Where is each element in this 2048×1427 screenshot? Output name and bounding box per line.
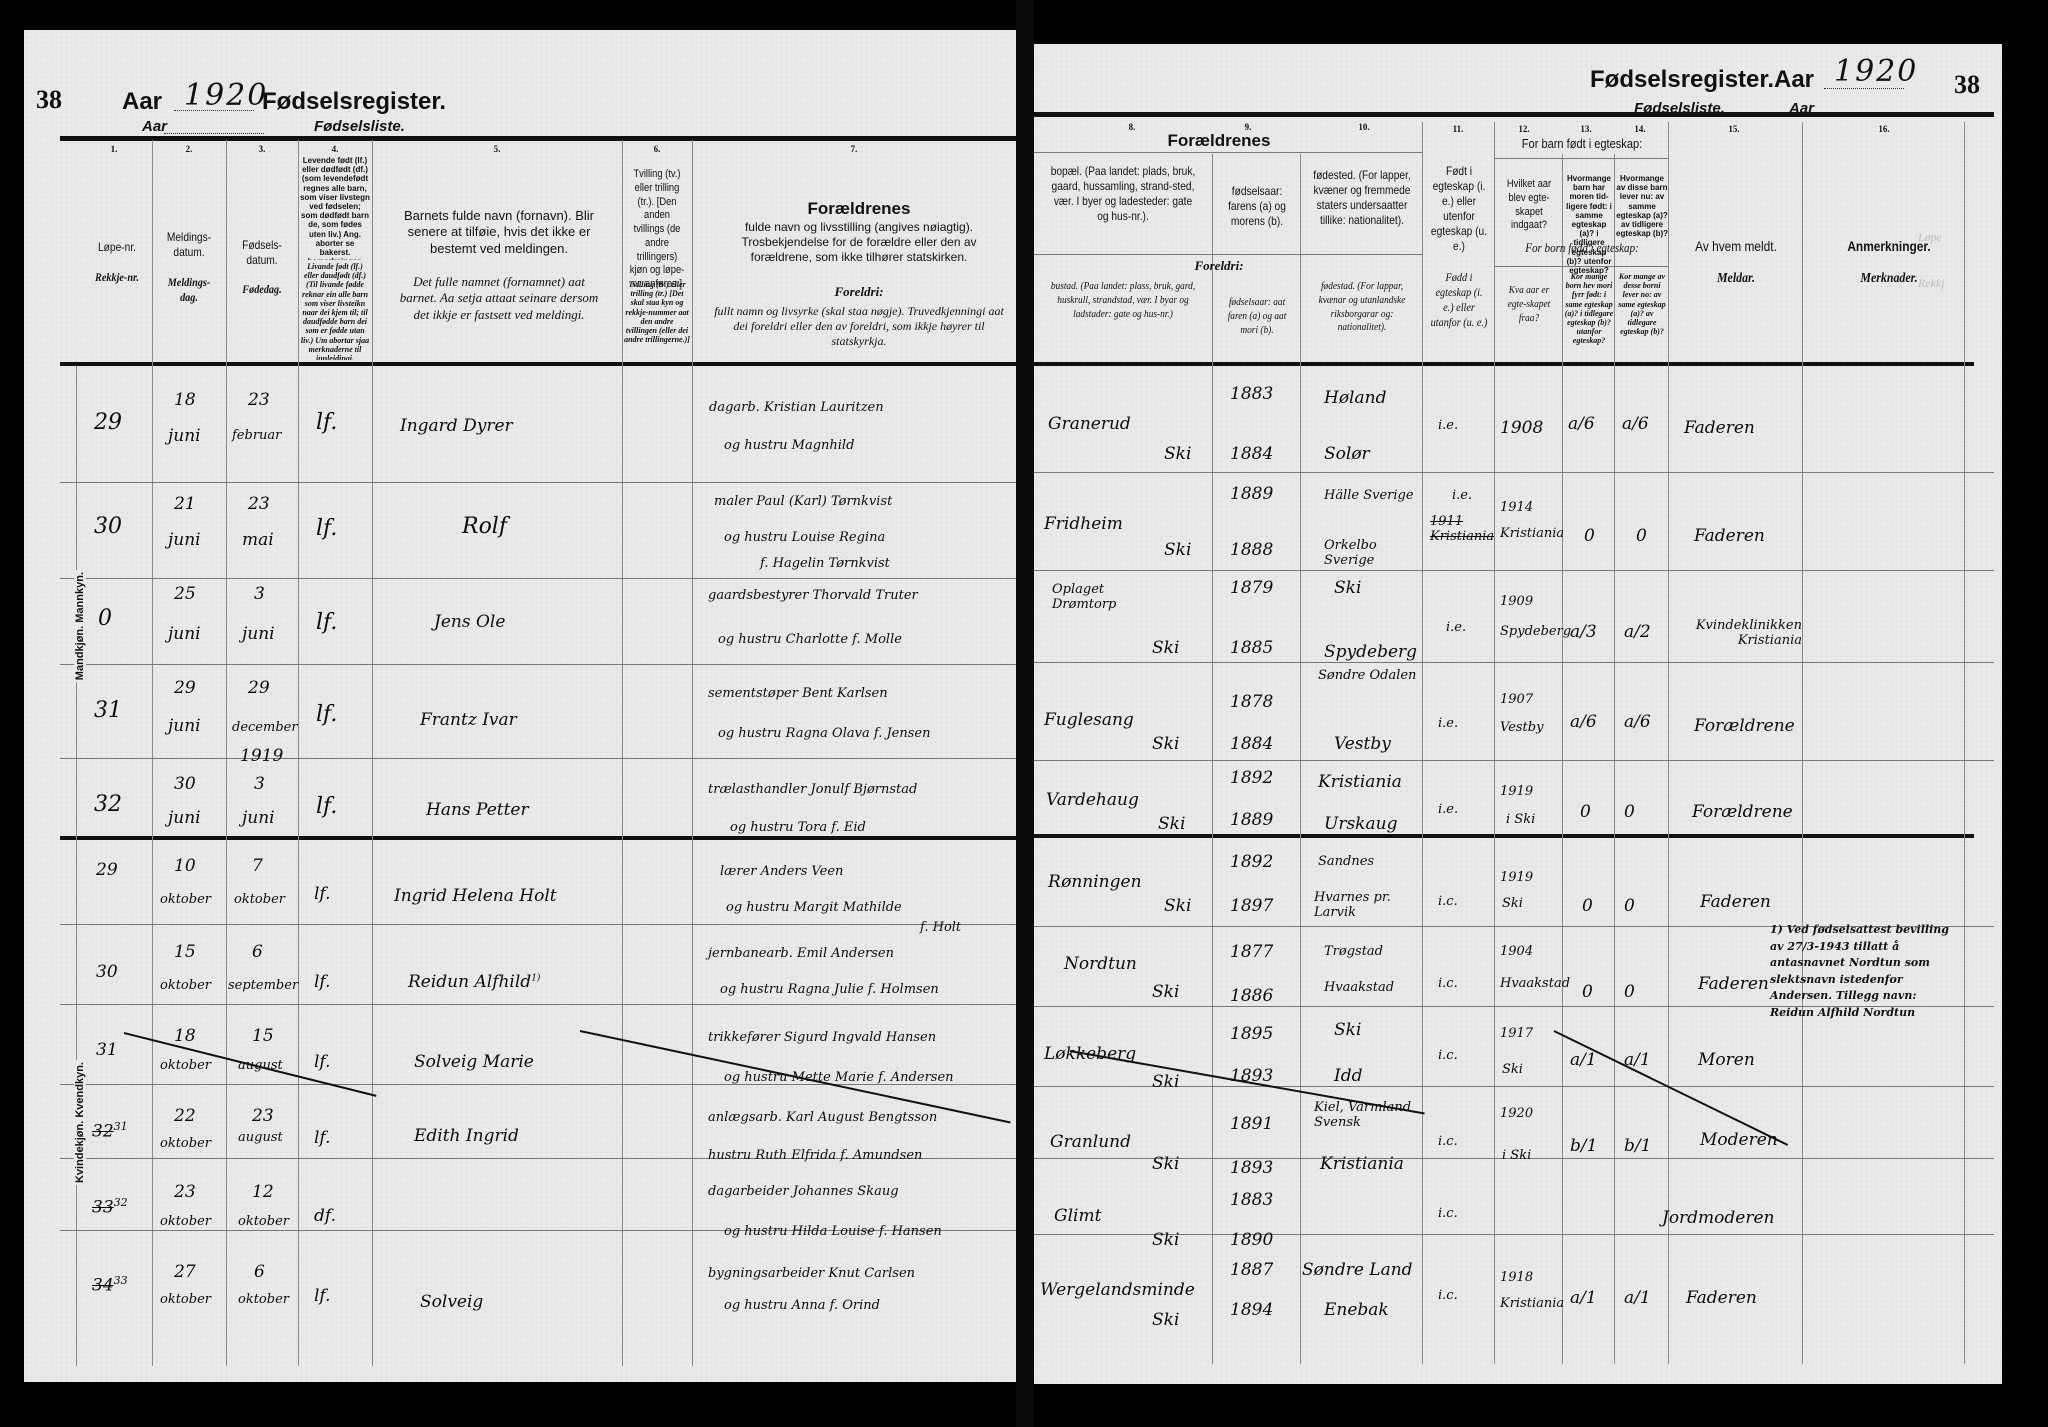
residence: Fuglesang [1044, 710, 1134, 730]
mother-birth-year: 1885 [1230, 638, 1273, 658]
previous-births: 0 [1582, 896, 1593, 916]
marriage-status: i.c. [1438, 1288, 1458, 1303]
reported-by: Jordmoderen [1662, 1208, 1775, 1228]
previous-births: 0 [1582, 982, 1593, 1002]
father-birth-year: 1878 [1230, 692, 1273, 712]
residence-place: Ski [1164, 896, 1191, 916]
marriage-year: 1904 [1500, 944, 1533, 959]
lf-df: lf. [314, 1286, 331, 1306]
col-number-12: 12. [1504, 124, 1544, 134]
child-name: Rolf [462, 514, 507, 539]
col-header-levende-fodt: Levende født (lf.) eller dødfødt (df.) (… [300, 156, 370, 260]
fodt-dag: 6 [254, 1262, 265, 1282]
lf-df: lf. [314, 884, 331, 904]
parents-line1: jernbanearb. Emil Andersen [708, 946, 894, 961]
marriage-year: 1920 [1500, 1106, 1533, 1121]
marriage-place: Hvaakstad [1500, 976, 1560, 991]
mother-birthplace: Solør [1324, 444, 1370, 464]
col-header-kor-mange-lever: Kor mange av desse borni lever no: av sa… [1616, 272, 1668, 336]
meldt-mnd: oktober [160, 1058, 211, 1073]
fodt-dag: 7 [252, 856, 263, 876]
parents-line1: anlægsarb. Karl August Bengtsson [708, 1110, 937, 1125]
parents-line2: og hustru Ragna Julie f. Holmsen [720, 982, 939, 997]
fodt-dag: 3 [254, 774, 265, 794]
fodt-mnd: december [232, 720, 298, 735]
meldt-dag: 29 [174, 678, 196, 698]
residence-place: Ski [1152, 1310, 1179, 1330]
marriage-status: i.e. [1438, 418, 1458, 433]
marriage-year: 1919 [1500, 870, 1533, 885]
marriage-place: Spydeberg [1500, 624, 1560, 639]
col-header-rekkjenr: Rekkje-nr. [86, 270, 149, 285]
reported-by: Forældrene [1694, 716, 1795, 736]
father-birthplace: Hälle Sverige [1324, 488, 1414, 503]
meldt-mnd: oktober [160, 1214, 211, 1229]
meldt-dag: 25 [174, 584, 196, 604]
col-header-foreldrenes-right: Forældrenes [1094, 130, 1344, 151]
col-header-fodselsaar-nynorsk: fødselsaar: aat faren (a) og aat mori (b… [1220, 296, 1293, 337]
father-birth-year: 1892 [1230, 852, 1273, 872]
meldt-mnd: juni [168, 530, 201, 550]
mother-birthplace: Idd [1334, 1066, 1362, 1086]
col-header-foreldri-text: fullt namn og livsyrke (skal staa nøgje)… [714, 304, 1004, 349]
previous-births: a/1 [1570, 1050, 1597, 1070]
col-header-foreldrenes-text: fulde navn og livsstilling (angives nøia… [714, 220, 1004, 265]
section-divider-rule-right [1034, 834, 1974, 838]
living-children: 0 [1624, 896, 1635, 916]
father-birth-year: 1892 [1230, 768, 1273, 788]
left-page: 38 Aar 1920 Fødselsregister. Aar Fødsels… [24, 30, 1016, 1382]
residence: Granlund [1050, 1132, 1131, 1152]
parents-line1: trikkefører Sigurd Ingvald Hansen [708, 1030, 936, 1045]
col-header-bustad: bustad. (Paa landet: plass, bruk, gard, … [1047, 280, 1198, 321]
page-number-left: 38 [36, 85, 62, 115]
marriage-struck-text: 1911 Kristiania [1430, 514, 1492, 544]
year-handwritten-left: 1920 [184, 78, 268, 113]
father-birthplace: Ski [1334, 1020, 1361, 1040]
marriage-status: i.e. [1452, 488, 1472, 503]
col-header-livande-fodt: Livande født (lf.) eller daudfødt (df.) … [300, 262, 370, 360]
reported-by: Faderen [1686, 1288, 1757, 1308]
parents-line1: trælasthandler Jonulf Bjørnstad [708, 782, 917, 797]
previous-births: a/6 [1570, 712, 1597, 732]
meldt-dag: 27 [174, 1262, 196, 1282]
residence-place: Ski [1152, 982, 1179, 1002]
col-header-tvilling: Tvilling (tv.) eller trilling (tr.). [De… [629, 168, 685, 292]
col-header-foreldrenes: Forældrenes [714, 198, 1004, 219]
parents-line2: og hustru Hilda Louise f. Hansen [724, 1224, 942, 1239]
living-children: a/6 [1624, 712, 1651, 732]
father-birth-year: 1889 [1230, 484, 1273, 504]
meldt-mnd: oktober [160, 892, 211, 907]
fodt-mnd: juni [242, 808, 275, 828]
mother-birth-year: 1884 [1230, 444, 1273, 464]
marriage-status: i.c. [1438, 894, 1458, 909]
fodt-mnd: august [238, 1130, 283, 1145]
year-line-nynorsk-left [164, 133, 264, 134]
lopenr: 32 [94, 792, 122, 817]
marriage-place: i Ski [1506, 812, 1535, 827]
fodt-dag: 29 [248, 678, 270, 698]
register-title-right: Fødselsregister. [1590, 66, 1774, 94]
marriage-status: i.c. [1438, 1206, 1458, 1221]
parents-line2: og hustru Margit Mathilde [726, 900, 902, 915]
mother-birthplace: Enebak [1324, 1300, 1389, 1320]
lopenr: 3433 [92, 1274, 128, 1296]
marriage-status: i.e. [1438, 716, 1458, 731]
annotation-note: 1) Ved fødselsattest bevilling av 27/3-1… [1770, 922, 1964, 1021]
col-number-10: 10. [1344, 122, 1384, 132]
residence: Vardehaug [1046, 790, 1139, 810]
father-birth-year: 1883 [1230, 384, 1273, 404]
col-header-meldingsdag: Meldings-dag. [159, 275, 219, 305]
father-birth-year: 1891 [1230, 1114, 1273, 1134]
marriage-status: i.e. [1446, 620, 1466, 635]
parents-line1: maler Paul (Karl) Tørnkvist [714, 494, 892, 509]
lopenr: 29 [94, 410, 122, 435]
meldt-mnd: juni [168, 808, 201, 828]
col-header-foreldri: Foreldri: [714, 284, 1004, 300]
fodt-aar: 1919 [240, 746, 283, 766]
col-header-for-barn-fodt: For barn født i egteskap: [1509, 136, 1655, 152]
lopenr: 3231 [92, 1120, 128, 1142]
reported-by: Moderen [1700, 1130, 1778, 1150]
marriage-place: Ski [1502, 896, 1523, 911]
lf-df: lf. [316, 410, 337, 435]
father-birth-year: 1877 [1230, 942, 1273, 962]
year-label-right: Aar [1774, 66, 1814, 94]
father-birthplace: Trøgstad [1324, 944, 1383, 959]
reported-by: Faderen [1694, 526, 1765, 546]
parents-line1: dagarbeider Johannes Skaug [708, 1184, 899, 1199]
child-name: Hans Petter [426, 800, 529, 820]
parents-line1: dagarb. Kristian Lauritzen [709, 400, 884, 415]
col-number-11: 11. [1438, 124, 1478, 134]
fodt-mnd: februar [232, 428, 281, 443]
living-children: b/1 [1624, 1136, 1651, 1156]
residence-place: Ski [1164, 540, 1191, 560]
fodt-mnd: oktober [238, 1214, 289, 1229]
col-header-meldingsdatum: Meldings-datum. [159, 230, 219, 260]
col-header-tvilling-nynorsk: Tvilling (tv.) eller trilling (tr.) [Det… [624, 280, 690, 344]
parents-line2: og hustru Magnhild [724, 438, 854, 453]
child-name: Jens Ole [434, 612, 505, 632]
col-header-kor-mange-born: Kor mange born hev mori fyrr født: i sam… [1564, 272, 1614, 346]
right-page: Fødselsregister. Aar 1920 38 Fødselslist… [1034, 44, 2002, 1384]
lf-df: lf. [316, 794, 337, 819]
reported-by: Forældrene [1692, 802, 1793, 822]
residence: Granerud [1048, 414, 1131, 434]
child-name: Frantz Ivar [420, 710, 517, 730]
parents-line3: f. Hagelin Tørnkvist [760, 556, 890, 571]
previous-births: a/6 [1568, 414, 1595, 434]
col-header-foreldri-right: Foreldri: [1094, 258, 1344, 274]
residence: Rønningen [1048, 872, 1142, 892]
meldt-mnd: oktober [160, 1136, 211, 1151]
marriage-status: i.c. [1438, 976, 1458, 991]
lopenr: 30 [96, 962, 118, 982]
residence-place: Ski [1152, 1072, 1179, 1092]
lf-df: df. [314, 1206, 336, 1226]
marriage-status: i.c. [1438, 1134, 1458, 1149]
col-header-kva-aar: Kva aar er egte-skapet fraa? [1501, 284, 1557, 325]
section-label-male: Mandkjøn. Mannkyn. [74, 570, 86, 682]
col-number-2: 2. [169, 144, 209, 154]
col-header-fodselsaar: fødselsaar: farens (a) og morens (b). [1220, 184, 1293, 229]
father-birthplace: Søndre Odalen [1318, 668, 1416, 683]
year-handwritten-right: 1920 [1834, 54, 1918, 89]
child-name: Edith Ingrid [414, 1126, 519, 1146]
fodt-mnd: oktober [238, 1292, 289, 1307]
col-header-hvilket-aar: Hvilket aar blev egte-skapet indgaat? [1501, 178, 1557, 233]
mother-birth-year: 1888 [1230, 540, 1273, 560]
child-name: Ingard Dyrer [400, 416, 513, 436]
col-header-barnets-navn: Barnets fulde navn (fornavn). Blir sener… [394, 208, 604, 257]
mother-birth-year: 1884 [1230, 734, 1273, 754]
mother-birthplace: Hvarnes pr. Larvik [1314, 890, 1414, 920]
lopenr: 31 [96, 1040, 118, 1060]
parents-line1: gaardsbestyrer Thorvald Truter [708, 588, 918, 603]
mother-birthplace: Orkelbo Sverige [1324, 538, 1418, 568]
meldt-dag: 23 [174, 1182, 196, 1202]
meldt-dag: 21 [174, 494, 196, 514]
fodt-dag: 12 [252, 1182, 274, 1202]
col-number-7: 7. [834, 144, 874, 154]
lopenr: 0 [98, 606, 112, 631]
col-header-fodd-i-egteskap: Fødd i egteskap (i. e.) eller utanfor (u… [1429, 270, 1489, 330]
col-number-1: 1. [94, 144, 134, 154]
section-divider-rule [60, 836, 1016, 840]
col-header-fodested: fødested. (For lapper, kvæner og fremmed… [1311, 168, 1413, 228]
previous-births: a/3 [1570, 622, 1597, 642]
mother-birthplace: Spydeberg [1324, 642, 1417, 662]
lopenr: 31 [94, 698, 122, 723]
parents-line1: bygningsarbeider Knut Carlsen [708, 1266, 915, 1281]
child-name: Solveig [420, 1292, 483, 1312]
previous-births: 0 [1580, 802, 1591, 822]
col-number-14: 14. [1620, 124, 1660, 134]
lf-df: lf. [314, 972, 331, 992]
living-children: 0 [1624, 802, 1635, 822]
parents-line2: og hustru Tora f. Eid [730, 820, 866, 835]
meldt-dag: 10 [174, 856, 196, 876]
living-children: a/1 [1624, 1288, 1651, 1308]
col-divider [152, 140, 153, 1366]
register-title-left: Fødselsregister. [262, 88, 446, 116]
living-children: 0 [1636, 526, 1647, 546]
marriage-place: i Ski [1502, 1148, 1531, 1163]
col-number-5: 5. [477, 144, 517, 154]
residence: Fridheim [1044, 514, 1123, 534]
marriage-status: i.e. [1438, 802, 1458, 817]
lopenr: 30 [94, 514, 122, 539]
residence-place: Ski [1164, 444, 1191, 464]
header-bottom-rule-right [1034, 362, 1974, 366]
fodt-dag: 6 [252, 942, 263, 962]
parents-line2: og hustru Mette Marie f. Andersen [724, 1070, 954, 1085]
mother-birth-year: 1886 [1230, 986, 1273, 1006]
col-number-6: 6. [637, 144, 677, 154]
fodt-mnd: oktober [234, 892, 285, 907]
col-header-meldar: Meldar. [1680, 270, 1792, 288]
marriage-place: Kristiania [1500, 1296, 1560, 1311]
child-name: Reidun Alfhild1) [408, 972, 540, 992]
parents-line2: og hustru Louise Regina [724, 530, 885, 545]
header-top-rule-right [1034, 112, 1994, 117]
col-header-fodedag: Fødedag. [233, 282, 291, 297]
marriage-year: 1907 [1500, 692, 1533, 707]
book-gutter [1016, 0, 1034, 1427]
col-number-4: 4. [315, 144, 355, 154]
fodt-mnd: juni [242, 624, 275, 644]
mother-birth-year: 1894 [1230, 1300, 1273, 1320]
marriage-year: 1908 [1500, 418, 1543, 438]
col-header-lopenr: Løpe-nr. [89, 240, 145, 255]
col-header-for-born-fodd: For born fødd i egteskap: [1509, 240, 1655, 256]
residence: Oplaget Drømtorp [1052, 582, 1142, 612]
col-header-fodselsdatum: Fødsels-datum. [233, 238, 291, 268]
residence: Nordtun [1064, 954, 1137, 974]
reported-by: Moren [1698, 1050, 1755, 1070]
father-birthplace: Søndre Land [1302, 1260, 1413, 1280]
residence-place: Ski [1152, 1230, 1179, 1250]
lf-df: lf. [316, 610, 337, 635]
lopenr: 29 [96, 860, 118, 880]
col-header-av-hvem-meldt: Av hvem meldt. [1680, 238, 1792, 256]
marriage-year: 1918 [1500, 1270, 1533, 1285]
meldt-dag: 18 [174, 390, 196, 410]
residence: Wergelandsminde [1040, 1280, 1195, 1300]
marriage-year: 1909 [1500, 594, 1533, 609]
reported-by: Faderen [1684, 418, 1755, 438]
parents-line2: hustru Ruth Elfrida f. Amundsen [708, 1148, 922, 1163]
marriage-year: 1919 [1500, 784, 1533, 799]
parents-line2: og hustru Charlotte f. Molle [718, 632, 902, 647]
header-bottom-rule [60, 362, 1016, 366]
lf-df: lf. [314, 1052, 331, 1072]
parents-line2: og hustru Anna f. Orind [724, 1298, 880, 1313]
father-birthplace: Sandnes [1318, 854, 1374, 869]
father-birthplace: Kristiania [1318, 772, 1402, 792]
strike-through-line [1554, 1030, 1789, 1146]
previous-births: a/1 [1570, 1288, 1597, 1308]
meldt-dag: 22 [174, 1106, 196, 1126]
child-name: Solveig Marie [414, 1052, 534, 1072]
header-top-rule [60, 136, 1016, 141]
father-birth-year: 1887 [1230, 1260, 1273, 1280]
marriage-year: 1914 [1500, 500, 1533, 515]
year-label-left: Aar [122, 88, 162, 116]
col-header-fodestad: fødestad. (For lappar, kvænar og utanlan… [1311, 280, 1413, 335]
lf-df: lf. [316, 516, 337, 541]
page-number-right: 38 [1954, 70, 1980, 100]
parents-line1: lærer Anders Veen [720, 864, 843, 879]
father-birth-year: 1879 [1230, 578, 1273, 598]
residence-place: Ski [1152, 1154, 1179, 1174]
mother-birth-year: 1897 [1230, 896, 1273, 916]
meldt-mnd: juni [168, 426, 201, 446]
col-number-13: 13. [1566, 124, 1606, 134]
father-birth-year: 1895 [1230, 1024, 1273, 1044]
marriage-year: 1917 [1500, 1026, 1533, 1041]
residence: Glimt [1054, 1206, 1101, 1226]
meldt-mnd: oktober [160, 1292, 211, 1307]
father-birth-year: 1883 [1230, 1190, 1273, 1210]
fodt-dag: 23 [252, 1106, 274, 1126]
mother-birth-year: 1893 [1230, 1158, 1273, 1178]
marriage-place: Ski [1502, 1062, 1523, 1077]
col-header-bopael: bopæl. (Paa landet: plads, bruk, gaard, … [1047, 164, 1198, 224]
residence-place: Ski [1152, 734, 1179, 754]
child-name: Ingrid Helena Holt [394, 886, 557, 906]
previous-births: b/1 [1570, 1136, 1597, 1156]
lopenr: 3332 [92, 1196, 128, 1218]
meldt-dag: 15 [174, 942, 196, 962]
col-header-barnet-namn: Det fulle namnet (fornamnet) aat barnet.… [394, 274, 604, 323]
fodt-dag: 15 [252, 1026, 274, 1046]
marriage-status: i.c. [1438, 1048, 1458, 1063]
register-subtitle-left: Fødselsliste. [314, 118, 405, 135]
parents-line2: og hustru Ragna Olava f. Jensen [718, 726, 930, 741]
meldt-mnd: juni [168, 716, 201, 736]
meldt-mnd: juni [168, 624, 201, 644]
fodt-dag: 23 [248, 494, 270, 514]
residence-place: Ski [1158, 814, 1185, 834]
section-label-female: Kvindekjøn. Kvendkyn. [74, 1060, 86, 1185]
col-header-hvormange-lever: Hvormange av disse barn lever nu: av sam… [1616, 174, 1668, 238]
mother-birthplace: Hvaakstad [1324, 980, 1394, 995]
mother-birthplace: Kristiania [1320, 1154, 1404, 1174]
col-header-hvormange-barn: Hvormange barn har moren tid-ligere født… [1564, 174, 1614, 275]
bleed-through-text: Løpe [1918, 230, 1942, 245]
fodt-dag: 3 [254, 584, 265, 604]
col-header-fodt-i-egteskap: Født i egteskap (i. e.) eller utenfor eg… [1429, 164, 1489, 254]
col-number-15: 15. [1714, 124, 1754, 134]
col-number-16: 16. [1864, 124, 1904, 134]
marriage-place: Kristiania [1500, 526, 1564, 541]
fodt-mnd: mai [242, 530, 274, 550]
father-birthplace: Høland [1324, 388, 1386, 408]
marriage-place: Vestby [1500, 720, 1543, 735]
meldt-dag: 18 [174, 1026, 196, 1046]
parents-line1: sementstøper Bent Karlsen [708, 686, 888, 701]
living-children: a/2 [1624, 622, 1651, 642]
living-children: a/6 [1622, 414, 1649, 434]
father-birthplace: Ski [1334, 578, 1361, 598]
parents-line3: f. Holt [920, 920, 961, 935]
reported-by: Kvindeklinikken Kristiania [1682, 618, 1802, 648]
residence-place: Ski [1152, 638, 1179, 658]
father-birthplace: Kiel, Värmland Svensk [1314, 1100, 1418, 1130]
fodt-dag: 23 [248, 390, 270, 410]
mother-birthplace: Urskaug [1324, 814, 1397, 834]
reported-by: Faderen [1700, 892, 1771, 912]
col-number-3: 3. [242, 144, 282, 154]
lf-df: lf. [314, 1128, 331, 1148]
bleed-through-text: Rekkj [1918, 276, 1945, 291]
reported-by: Faderen [1698, 974, 1769, 994]
mother-birth-year: 1889 [1230, 810, 1273, 830]
meldt-mnd: oktober [160, 978, 211, 993]
mother-birthplace: Vestby [1334, 734, 1391, 754]
living-children: 0 [1624, 982, 1635, 1002]
lf-df: lf. [316, 702, 337, 727]
meldt-dag: 30 [174, 774, 196, 794]
fodt-mnd: september [228, 978, 298, 993]
previous-births: 0 [1584, 526, 1595, 546]
mother-birth-year: 1890 [1230, 1230, 1273, 1250]
